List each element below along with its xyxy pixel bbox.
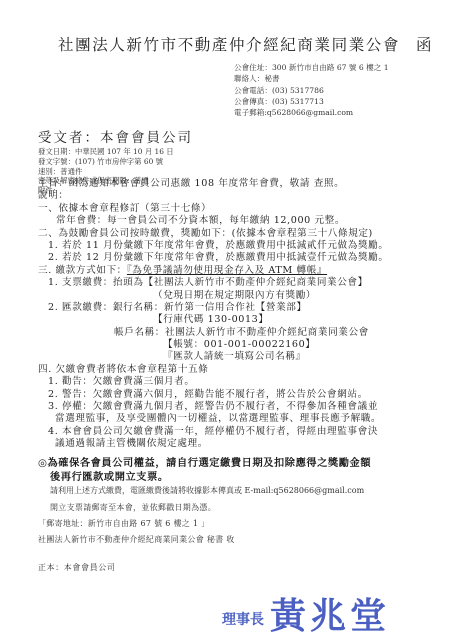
item4-line-1: 1. 勸告：欠繳會費滿三個月者。 (38, 376, 389, 388)
mailing-addressee: 社團法人新竹市不動產仲介經紀商業同業公會 秘書 收 (38, 532, 235, 548)
item4-line-4: 當選理監事，及享受團體內一切權益，以當選理監事、理事長應予解職。 (38, 413, 389, 425)
contact-address: 公會住址：300 新竹市自由路 67 號 6 樓之 1 (234, 62, 389, 73)
mailing-block: 開立支票請郵寄至本會，並依郵戳日期為憑。 「郵寄地址：新竹市自由路 67 號 6… (38, 500, 235, 548)
explanation-label: 說明： (38, 190, 389, 202)
item3-title-emphasis: 『為免爭議請勿使用現金存入及 ATM 轉帳』 (127, 265, 327, 276)
document-header: 社團法人新竹市不動產仲介經紀商業同業公會函 (58, 33, 433, 55)
doc-type: 函 (416, 36, 433, 54)
signature-name: 黃兆堂 (270, 595, 390, 637)
signature-role: 理事長 (222, 612, 264, 628)
item2-line-2: 2. 若於 12 月份彙繳下年度常年會費，於應繳費用中抵減壹仟元做為獎勵。 (38, 252, 389, 264)
reference-number: 發文字號：(107) 竹市房仲字第 60 號 (38, 157, 174, 167)
item1-title: 一、依據本會章程修訂（第三十七條） (38, 203, 389, 215)
carbon-copy: 正本：本會會員公司 (38, 562, 115, 573)
issue-date: 發文日期：中華民國 107 年 10 月 16 日 (38, 147, 174, 157)
item4-line-2: 2. 警告：欠繳會費滿六個月，經勸告能不履行者，將公告於公會網站。 (38, 389, 389, 401)
item3-title: 三. 繳款方式如下：『為免爭議請勿使用現金存入及 ATM 轉帳』 (38, 265, 389, 277)
notice-block: ◎為確保各會員公司權益，請自行選定繳費日期及扣除應得之獎勵金額 後再行匯款或開立… (38, 456, 371, 498)
mailing-instruction: 開立支票請郵寄至本會，並依郵戳日期為憑。 (38, 500, 235, 516)
bank-code: 【行庫代碼 130-0013】 (38, 314, 389, 326)
org-title: 社團法人新竹市不動產仲介經紀商業同業公會 (58, 36, 400, 54)
remitter-note: 『匯款人請統一填寫公司名稱』 (38, 351, 389, 363)
speed-class: 速別：普通件 (38, 167, 174, 177)
signature-stamp: 理事長黃兆堂 (222, 588, 390, 639)
item4-line-6: 議通過報請主管機關依規定處理。 (38, 438, 389, 450)
contact-person: 聯絡人：秘書 (234, 73, 389, 84)
item4-line-5: 4. 本會會員公司欠繳會費滿一年，經停權仍不履行者，得經由理監事會決 (38, 426, 389, 438)
notice-line-1: ◎為確保各會員公司權益，請自行選定繳費日期及扣除應得之獎勵金額 (38, 456, 371, 470)
remittance-payment: 2. 匯款繳費：銀行名稱：新竹第一信用合作社【營業部】 (38, 302, 389, 314)
contact-fax: 公會傳真：(03) 5317713 (234, 96, 389, 107)
mailing-address: 「郵寄地址：新竹市自由路 67 號 6 樓之 1 」 (38, 516, 235, 532)
contact-phone: 公會電話：(03) 5317786 (234, 85, 389, 96)
account-name: 帳戶名稱：社團法人新竹市不動產仲介經紀商業同業公會 (38, 327, 389, 339)
subject: 主旨：函為通知本會會員公司惠繳 108 年度常年會費，敬請 查照。 (38, 178, 389, 190)
check-note: （兌現日期在規定期限內方有獎勵） (38, 290, 389, 302)
item2-line-1: 1. 若於 11 月份彙繳下年度常年會費，於應繳費用中抵減貳仟元做為獎勵。 (38, 240, 389, 252)
item2-title: 二、為鼓勵會員公司按時繳費，獎勵如下：(依據本會章程第三十八條規定) (38, 228, 389, 240)
notice-line-3: 請利用上述方式繳費，電匯繳費後請將收據影本傳真或 E-mail:q5628066… (38, 484, 371, 498)
recipient: 受文者：本會會員公司 (38, 126, 193, 146)
notice-line-2: 後再行匯款或開立支票。 (38, 470, 371, 484)
contact-block: 公會住址：300 新竹市自由路 67 號 6 樓之 1 聯絡人：秘書 公會電話：… (234, 62, 389, 118)
item1-text: 常年會費：每一會員公司不分資本額，每年繳納 12,000 元整。 (38, 215, 389, 227)
contact-email: 電子郵箱:q5628066@gmail.com (234, 107, 389, 118)
item4-title: 四. 欠繳會費者將依本會章程第十五條 (38, 364, 389, 376)
item3-title-prefix: 三. 繳款方式如下： (38, 265, 127, 276)
document-body: 主旨：函為通知本會會員公司惠繳 108 年度常年會費，敬請 查照。 說明： 一、… (38, 178, 389, 451)
item4-line-3: 3. 停權：欠繳會費滿九個月者，經警告仍不履行者，不得參加各種會議並 (38, 401, 389, 413)
account-number: 【帳號：001-001-00022160】 (38, 339, 389, 351)
check-payment: 1. 支票繳費：抬頭為【社團法人新竹市不動產仲介經紀商業同業公會】 (38, 277, 389, 289)
